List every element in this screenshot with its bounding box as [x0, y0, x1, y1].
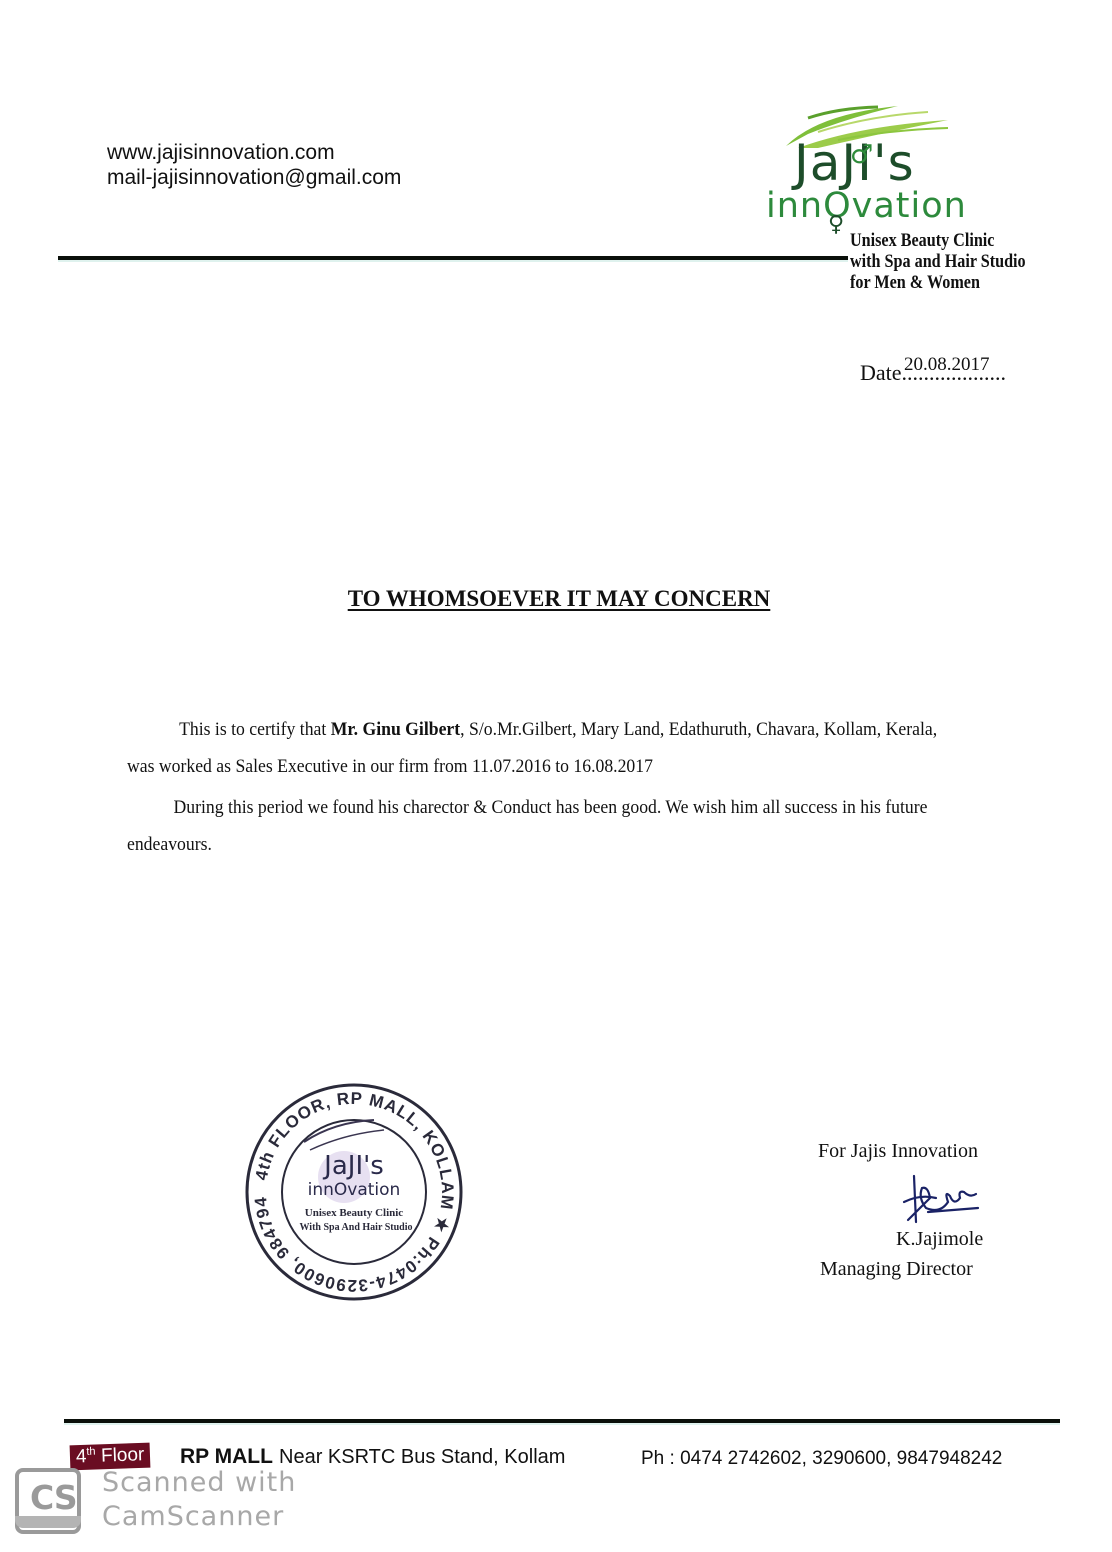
camscanner-logo-text: CS [30, 1478, 77, 1517]
paragraph-conduct: During this period we found his charecto… [127, 789, 964, 863]
footer-divider [64, 1419, 1060, 1423]
camscanner-caption: Scanned with CamScanner [102, 1466, 296, 1534]
header-contact: www.jajisinnovation.com mail-jajisinnova… [107, 140, 401, 190]
employee-name: Mr. Ginu Gilbert [331, 719, 460, 740]
svg-text:Unisex Beauty Clinic: Unisex Beauty Clinic [305, 1207, 404, 1219]
signatory-name: K.Jajimole [896, 1228, 983, 1251]
signatory-role: Managing Director [820, 1258, 973, 1281]
paragraph-certification: This is to certify that Mr. Ginu Gilbert… [127, 711, 964, 785]
header-divider [58, 256, 848, 260]
footer-address: Near KSRTC Bus Stand, Kollam [279, 1446, 565, 1469]
date-value: 20.08.2017 [904, 354, 990, 376]
date-label: Date [860, 360, 902, 385]
svg-text:With Spa And Hair Studio: With Spa And Hair Studio [299, 1222, 412, 1233]
logo-tagline: Unisex Beauty Clinic with Spa and Hair S… [850, 230, 1026, 293]
logo-wordmark-bottom: innOvation [766, 186, 967, 226]
company-logo: JaJI's ♂ innOvation ♀ Unisex Beauty Clin… [764, 104, 1064, 304]
signature-mark [900, 1168, 980, 1228]
signature-for: For Jajis Innovation [818, 1140, 978, 1163]
date-line: Date................... 20.08.2017 [860, 360, 1006, 386]
svg-text:JaJI's: JaJI's [322, 1151, 384, 1181]
camscanner-logo-base [15, 1516, 81, 1528]
email-link[interactable]: mail-jajisinnovation@gmail.com [107, 165, 401, 190]
letter-title: TO WHOMSOEVER IT MAY CONCERN [0, 586, 1112, 612]
svg-text:innOvation: innOvation [308, 1180, 401, 1200]
company-stamp: 4th FLOOR, RP MALL, KOLLAM ★ Ph:0474-329… [244, 1082, 464, 1302]
female-symbol-icon: ♀ [828, 212, 844, 237]
website-link[interactable]: www.jajisinnovation.com [107, 140, 401, 165]
male-symbol-icon: ♂ [850, 140, 873, 170]
footer-phone: Ph : 0474 2742602, 3290600, 9847948242 [641, 1448, 1002, 1470]
